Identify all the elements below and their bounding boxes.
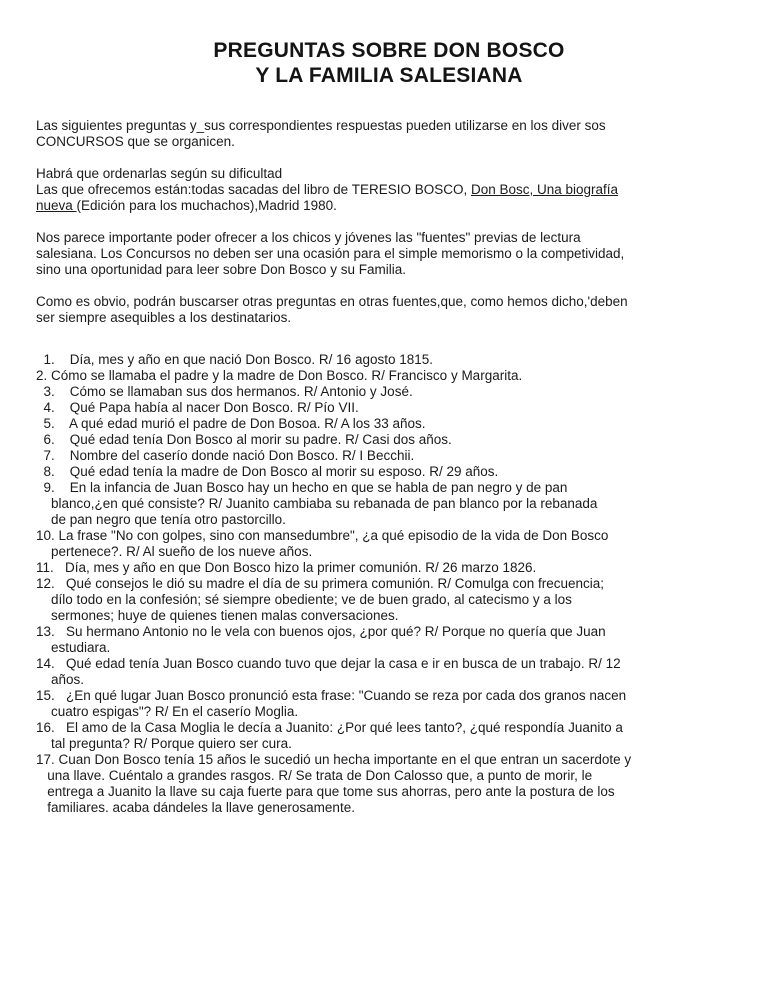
- question-item-2: 2. Cómo se llamaba el padre y la madre d…: [36, 368, 742, 384]
- intro-paragraph-3: Nos parece importante poder ofrecer a lo…: [36, 230, 742, 278]
- intro-paragraph-2-line-1: Habrá que ordenarlas según su dificultad: [36, 166, 282, 181]
- question-item-14: 14. Qué edad tenía Juan Bosco cuando tuv…: [36, 656, 742, 688]
- questions-list: 1. Día, mes y año en que nació Don Bosco…: [36, 352, 742, 816]
- question-item-9: 9. En la infancia de Juan Bosco hay un h…: [36, 480, 742, 528]
- question-item-17: 17. Cuan Don Bosco tenía 15 años le suce…: [36, 752, 742, 816]
- intro-paragraph-2-post: (Edición para los muchachos),Madrid 1980…: [77, 198, 337, 213]
- question-item-6: 6. Qué edad tenía Don Bosco al morir su …: [36, 432, 742, 448]
- question-item-12: 12. Qué consejos le dió su madre el día …: [36, 576, 742, 624]
- document-page: PREGUNTAS SOBRE DON BOSCO Y LA FAMILIA S…: [0, 0, 768, 994]
- intro-paragraph-2-pre: Las que ofrecemos están:todas sacadas de…: [36, 182, 471, 197]
- question-item-15: 15. ¿En qué lugar Juan Bosco pronunció e…: [36, 688, 742, 720]
- question-item-10: 10. La frase "No con golpes, sino con ma…: [36, 528, 742, 560]
- question-item-8: 8. Qué edad tenía la madre de Don Bosco …: [36, 464, 742, 480]
- question-item-4: 4. Qué Papa había al nacer Don Bosco. R/…: [36, 400, 742, 416]
- question-item-7: 7. Nombre del caserío donde nació Don Bo…: [36, 448, 742, 464]
- question-item-3: 3. Cómo se llamaban sus dos hermanos. R/…: [36, 384, 742, 400]
- page-title-line-2: Y LA FAMILIA SALESIANA: [36, 63, 742, 88]
- intro-paragraph-1: Las siguientes preguntas y_sus correspon…: [36, 118, 742, 150]
- question-item-1: 1. Día, mes y año en que nació Don Bosco…: [36, 352, 742, 368]
- page-title-line-1: PREGUNTAS SOBRE DON BOSCO: [36, 38, 742, 63]
- question-item-16: 16. El amo de la Casa Moglia le decía a …: [36, 720, 742, 752]
- underlined-book-title-part-1: Don Bosc, Una biografía: [471, 182, 618, 197]
- intro-paragraph-2: Habrá que ordenarlas según su dificultad…: [36, 166, 742, 214]
- underlined-book-title-part-2: nueva: [36, 198, 77, 213]
- question-item-11: 11. Día, mes y año en que Don Bosco hizo…: [36, 560, 742, 576]
- question-item-5: 5. A qué edad murió el padre de Don Boso…: [36, 416, 742, 432]
- intro-paragraph-4: Como es obvio, podrán buscarser otras pr…: [36, 294, 742, 326]
- page-title: PREGUNTAS SOBRE DON BOSCO Y LA FAMILIA S…: [36, 38, 742, 88]
- question-item-13: 13. Su hermano Antonio no le vela con bu…: [36, 624, 742, 656]
